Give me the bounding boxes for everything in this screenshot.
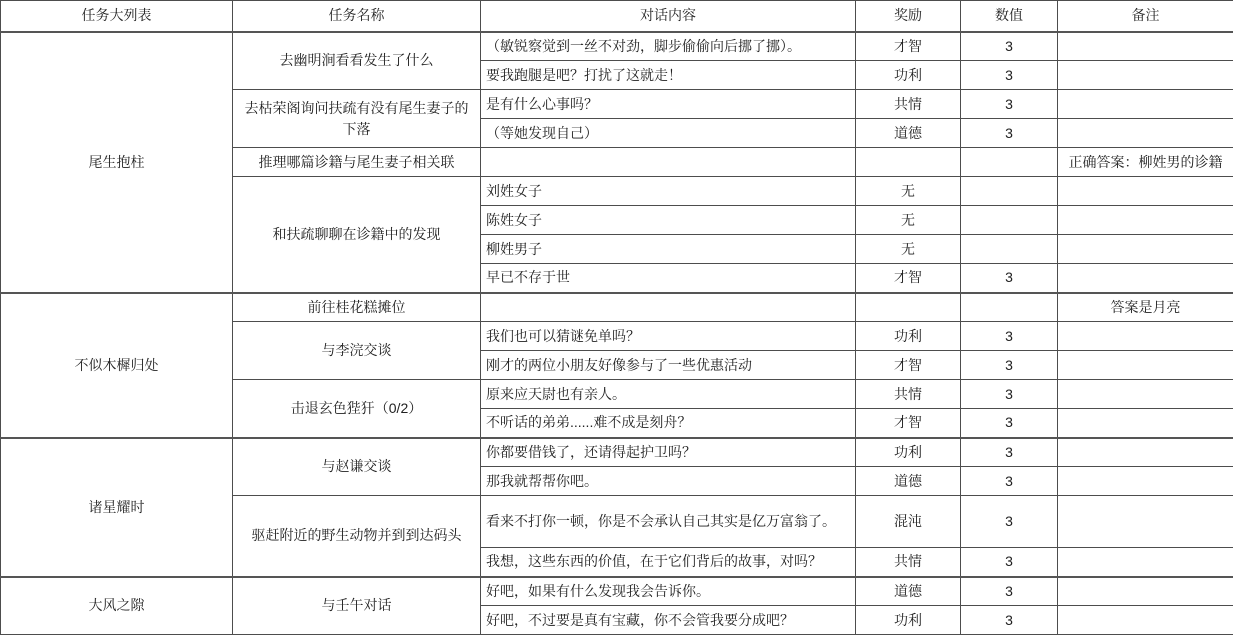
reward-cell: 无	[856, 206, 961, 235]
value-cell: 3	[961, 32, 1058, 61]
value-cell: 3	[961, 61, 1058, 90]
note-cell: 正确答案：柳姓男的诊籍	[1058, 148, 1233, 177]
task-cell: 驱赶附近的野生动物并到到达码头	[233, 496, 481, 577]
reward-cell: 道德	[856, 467, 961, 496]
dialogue-cell: 是有什么心事吗？	[481, 90, 856, 119]
reward-cell: 共情	[856, 90, 961, 119]
note-cell	[1058, 577, 1233, 606]
column-header-task-name: 任务名称	[233, 1, 481, 32]
section-cell: 尾生抱柱	[1, 32, 233, 293]
reward-cell: 功利	[856, 606, 961, 635]
value-cell: 3	[961, 409, 1058, 438]
note-cell	[1058, 177, 1233, 206]
column-header-quest-list: 任务大列表	[1, 1, 233, 32]
reward-cell	[856, 293, 961, 322]
task-cell: 和扶疏聊聊在诊籍中的发现	[233, 177, 481, 293]
dialogue-cell: 不听话的弟弟......难不成是刻舟？	[481, 409, 856, 438]
dialogue-cell	[481, 293, 856, 322]
dialogue-cell: 刘姓女子	[481, 177, 856, 206]
value-cell: 3	[961, 351, 1058, 380]
section-cell: 大风之隙	[1, 577, 233, 635]
dialogue-cell: 柳姓男子	[481, 235, 856, 264]
task-cell: 去枯荣阁询问扶疏有没有尾生妻子的下落	[233, 90, 481, 148]
note-cell	[1058, 206, 1233, 235]
reward-cell: 无	[856, 235, 961, 264]
section-cell: 诸星耀时	[1, 438, 233, 577]
note-cell	[1058, 322, 1233, 351]
task-cell: 与壬午对话	[233, 577, 481, 635]
table-row: 尾生抱柱去幽明涧看看发生了什么（敏锐察觉到一丝不对劲，脚步偷偷向后挪了挪）。才智…	[1, 32, 1233, 61]
note-cell	[1058, 90, 1233, 119]
task-cell: 前往桂花糕摊位	[233, 293, 481, 322]
value-cell: 3	[961, 264, 1058, 293]
value-cell: 3	[961, 322, 1058, 351]
value-cell: 3	[961, 467, 1058, 496]
section-cell: 不似木樨归处	[1, 293, 233, 438]
note-cell	[1058, 438, 1233, 467]
value-cell: 3	[961, 496, 1058, 548]
dialogue-cell: 刚才的两位小朋友好像参与了一些优惠活动	[481, 351, 856, 380]
reward-cell	[856, 148, 961, 177]
note-cell	[1058, 606, 1233, 635]
task-cell: 推理哪篇诊籍与尾生妻子相关联	[233, 148, 481, 177]
value-cell	[961, 148, 1058, 177]
value-cell: 3	[961, 606, 1058, 635]
header-row: 任务大列表 任务名称 对话内容 奖励 数值 备注	[1, 1, 1233, 32]
value-cell: 3	[961, 577, 1058, 606]
note-cell	[1058, 32, 1233, 61]
dialogue-cell: （等她发现自己）	[481, 119, 856, 148]
dialogue-cell: （敏锐察觉到一丝不对劲，脚步偷偷向后挪了挪）。	[481, 32, 856, 61]
dialogue-cell: 你都要借钱了，还请得起护卫吗？	[481, 438, 856, 467]
task-cell: 与李浣交谈	[233, 322, 481, 380]
note-cell	[1058, 119, 1233, 148]
dialogue-cell: 那我就帮帮你吧。	[481, 467, 856, 496]
note-cell	[1058, 351, 1233, 380]
value-cell	[961, 206, 1058, 235]
reward-cell: 共情	[856, 380, 961, 409]
reward-cell: 共情	[856, 548, 961, 577]
reward-cell: 功利	[856, 61, 961, 90]
note-cell	[1058, 496, 1233, 548]
reward-cell: 道德	[856, 119, 961, 148]
value-cell: 3	[961, 380, 1058, 409]
dialogue-cell: 要我跑腿是吧？打扰了这就走！	[481, 61, 856, 90]
reward-cell: 混沌	[856, 496, 961, 548]
column-header-dialogue: 对话内容	[481, 1, 856, 32]
value-cell	[961, 177, 1058, 206]
value-cell	[961, 293, 1058, 322]
column-header-value: 数值	[961, 1, 1058, 32]
note-cell	[1058, 61, 1233, 90]
reward-cell: 才智	[856, 351, 961, 380]
table-row: 大风之隙与壬午对话好吧，如果有什么发现我会告诉你。道德3	[1, 577, 1233, 606]
value-cell: 3	[961, 119, 1058, 148]
note-cell	[1058, 409, 1233, 438]
note-cell	[1058, 467, 1233, 496]
task-cell: 去幽明涧看看发生了什么	[233, 32, 481, 90]
dialogue-cell: 好吧，如果有什么发现我会告诉你。	[481, 577, 856, 606]
dialogue-cell: 我们也可以猜谜免单吗？	[481, 322, 856, 351]
task-cell: 与赵谦交谈	[233, 438, 481, 496]
reward-cell: 道德	[856, 577, 961, 606]
task-cell: 击退玄色狴犴（0/2）	[233, 380, 481, 438]
value-cell: 3	[961, 548, 1058, 577]
note-cell	[1058, 380, 1233, 409]
column-header-note: 备注	[1058, 1, 1233, 32]
value-cell	[961, 235, 1058, 264]
value-cell: 3	[961, 90, 1058, 119]
note-cell: 答案是月亮	[1058, 293, 1233, 322]
value-cell: 3	[961, 438, 1058, 467]
note-cell	[1058, 235, 1233, 264]
dialogue-cell: 早已不存于世	[481, 264, 856, 293]
quest-table-body: 尾生抱柱去幽明涧看看发生了什么（敏锐察觉到一丝不对劲，脚步偷偷向后挪了挪）。才智…	[1, 32, 1233, 635]
reward-cell: 功利	[856, 438, 961, 467]
reward-cell: 才智	[856, 32, 961, 61]
quest-guide-table: 任务大列表 任务名称 对话内容 奖励 数值 备注 尾生抱柱去幽明涧看看发生了什么…	[0, 0, 1233, 635]
dialogue-cell: 我想，这些东西的价值，在于它们背后的故事，对吗？	[481, 548, 856, 577]
note-cell	[1058, 264, 1233, 293]
column-header-reward: 奖励	[856, 1, 961, 32]
dialogue-cell: 原来应天尉也有亲人。	[481, 380, 856, 409]
reward-cell: 才智	[856, 409, 961, 438]
dialogue-cell	[481, 148, 856, 177]
reward-cell: 功利	[856, 322, 961, 351]
table-row: 不似木樨归处前往桂花糕摊位答案是月亮	[1, 293, 1233, 322]
dialogue-cell: 陈姓女子	[481, 206, 856, 235]
dialogue-cell: 看来不打你一顿，你是不会承认自己其实是亿万富翁了。	[481, 496, 856, 548]
note-cell	[1058, 548, 1233, 577]
dialogue-cell: 好吧，不过要是真有宝藏，你不会管我要分成吧？	[481, 606, 856, 635]
reward-cell: 无	[856, 177, 961, 206]
reward-cell: 才智	[856, 264, 961, 293]
table-row: 诸星耀时与赵谦交谈你都要借钱了，还请得起护卫吗？功利3	[1, 438, 1233, 467]
